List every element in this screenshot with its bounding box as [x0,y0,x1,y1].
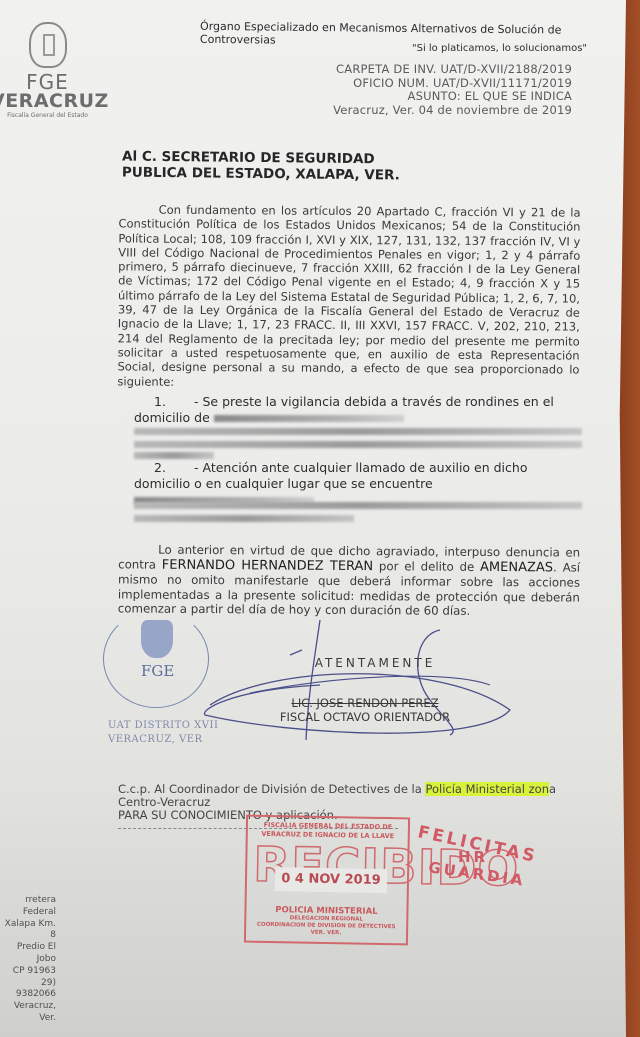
item-text: - Atención ante cualquier llamado de aux… [134,460,527,491]
redacted-line [134,502,582,509]
office-number: OFICIO NUM. UAT/D-XVII/11171/2019 [333,77,572,91]
seal-caption: UAT DISTRITO XVII VERACRUZ, VER [108,719,218,747]
redacted-line [134,515,354,522]
motto: "Si lo platicamos, lo solucionamos" [412,43,587,54]
signature-block: ATENTAMENTE LIC. JOSE RENDON PEREZ FISCA… [255,656,475,724]
footer-line: Xalapa Km. 8 [0,919,56,943]
item-number: 2. [134,460,194,476]
coat-of-arms-icon [29,22,67,68]
closing: ATENTAMENTE [275,656,475,670]
shield-icon [141,620,173,658]
footer-line: 29) 9382066 [0,978,56,1002]
ccp-prefix: C.c.p. Al Coordinador de División de Det… [118,782,422,796]
footer-line: Veracruz, Ver. [0,1001,56,1025]
guard-stamp: FELICITAS HR GUARDIA [418,822,540,884]
footer-address: rretera Federal Xalapa Km. 8 Predio El J… [0,895,56,1025]
signer-name: LIC. JOSE RENDON PEREZ [255,696,475,710]
request-item-1: 1.- Se preste la vigilancia debida a tra… [134,394,582,426]
redacted-line [134,441,582,448]
accused-name: FERNANDO HERNANDEZ TERAN [162,557,374,573]
logo-title: FGE [0,72,95,92]
addressee: Al C. SECRETARIO DE SEGURIDAD PUBLICA DE… [122,149,400,184]
footer-line: Predio El Jobo [0,942,56,966]
redacted-line [134,452,214,459]
case-file-number: CARPETA DE INV. UAT/D-XVII/2188/2019 [333,63,572,77]
paragraph-3-mid: por el delito de [379,559,474,574]
crime-name: AMENAZAS [480,559,553,575]
seal-line-1: UAT DISTRITO XVII [108,719,218,733]
addressee-line-2: PUBLICA DEL ESTADO, XALAPA, VER. [122,165,400,184]
official-seal: FGE [103,610,213,710]
stamp-unit-sub: DELEGACION REGIONAL COORDINACION DE DIVI… [246,915,406,939]
footer-line: rretera Federal [0,895,56,919]
subject: ASUNTO: EL QUE SE INDICA [333,90,572,104]
logo-subtitle: Fiscalía General del Estado [0,112,95,119]
stamp-date: 0 4 NOV 2019 [275,867,387,893]
fge-logo: FGE VERACRUZ Fiscalía General del Estado [0,22,95,119]
paragraph-1-text: Con fundamento en los artículos 20 Apart… [117,203,580,389]
document-page: FGE VERACRUZ Fiscalía General del Estado… [0,0,626,1037]
reference-block: CARPETA DE INV. UAT/D-XVII/2188/2019 OFI… [333,63,572,117]
logo-state: VERACRUZ [0,92,95,111]
signer-title: FISCAL OCTAVO ORIENTADOR [255,710,475,724]
legal-basis-paragraph: Con fundamento en los artículos 20 Apart… [117,202,580,391]
seal-line-2: VERACRUZ, VER [108,733,218,747]
complaint-paragraph: Lo anterior en virtud de que dicho agrav… [118,542,581,619]
redacted-line [134,428,582,435]
received-stamp: FISCALIA GENERAL DEL ESTADO DE VERACRUZ … [244,815,410,946]
seal-text: FGE [141,662,174,680]
redacted-address [214,415,404,422]
highlighted-text: Policía Ministerial zon [425,782,549,796]
place-date: Veracruz, Ver. 04 de noviembre de 2019 [333,104,572,118]
item-number: 1. [134,394,194,410]
request-item-2: 2.- Atención ante cualquier llamado de a… [134,460,582,508]
footer-line: CP 91963 [0,966,56,978]
